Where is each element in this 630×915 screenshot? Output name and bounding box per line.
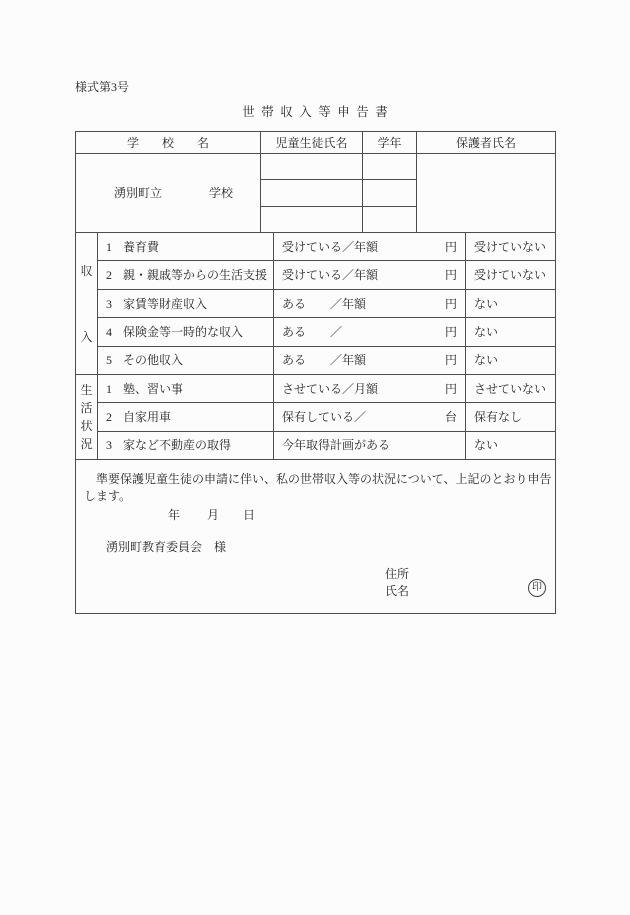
table-row: 2 自家用車 保有している／ 台 保有なし — [98, 402, 555, 430]
grade-column — [363, 154, 417, 232]
form-page: 様式第3号 世帯収入等申告書 学校名 児童生徒氏名 学年 保護者氏名 湧別町立 … — [0, 0, 630, 915]
life-yes-option: 保有している／ — [282, 411, 366, 423]
declaration-section: 準要保護児童生徒の申請に伴い、私の世帯収入等の状況について、上記のとおり申告しま… — [76, 459, 555, 613]
table-header-row: 学校名 児童生徒氏名 学年 保護者氏名 — [76, 132, 555, 153]
table-row: 2 親・親戚等からの生活支援 受けている／年額 円 受けていない — [98, 260, 555, 288]
school-name-suffix: 学校 — [209, 187, 233, 199]
living-status-rows: 1 塾、習い事 させている／月額 円 させていない 2 自家用車 — [98, 375, 555, 459]
life-yes-option: 今年取得計画がある — [282, 439, 390, 451]
income-amount-cell: ある ／年額 円 — [274, 290, 466, 317]
row-number: 1 — [106, 383, 123, 395]
row-number: 2 — [106, 411, 123, 423]
income-yes-option: 受けている／年額 — [282, 269, 378, 281]
declaration-form-table: 学校名 児童生徒氏名 学年 保護者氏名 湧別町立 学校 — [75, 131, 556, 614]
income-yes-option: 受けている／年額 — [282, 241, 378, 253]
income-item-label: 親・親戚等からの生活支援 — [123, 269, 267, 281]
table-row: 1 養育費 受けている／年額 円 受けていない — [98, 233, 555, 260]
header-guardian-name: 保護者氏名 — [417, 132, 555, 153]
income-item-label: 養育費 — [123, 241, 159, 253]
unit-label: 円 — [445, 269, 457, 281]
school-name-prefix: 湧別町立 — [114, 187, 162, 199]
income-amount-cell: 受けている／年額 円 — [274, 233, 466, 260]
student-name-cell — [261, 206, 362, 232]
date-month-label: 月 — [207, 508, 219, 522]
date-year-label: 年 — [168, 508, 180, 522]
guardian-name-cell — [417, 154, 555, 232]
income-yes-option: ある ／年額 — [282, 298, 366, 310]
row-number: 5 — [106, 354, 123, 366]
life-amount-cell: させている／月額 円 — [274, 375, 466, 402]
income-no-option: ない — [466, 290, 555, 317]
income-item-label: 保険金等一時的な収入 — [123, 326, 243, 338]
unit-label: 円 — [445, 383, 457, 395]
table-row: 3 家など不動産の取得 今年取得計画がある ない — [98, 431, 555, 459]
living-status-section: 生 活 状 況 1 塾、習い事 させている／月額 円 させていない — [76, 374, 555, 459]
declaration-text: 準要保護児童生徒の申請に伴い、私の世帯収入等の状況について、上記のとおり申告しま… — [84, 471, 552, 505]
life-amount-cell: 今年取得計画がある — [274, 432, 466, 459]
life-no-option: 保有なし — [466, 403, 555, 430]
unit-label: 円 — [445, 354, 457, 366]
date-day-label: 日 — [243, 508, 255, 522]
name-label: 氏名 — [385, 583, 409, 600]
table-row: 4 保険金等一時的な収入 ある ／ 円 ない — [98, 317, 555, 345]
header-student-name: 児童生徒氏名 — [261, 132, 363, 153]
header-school-name: 学校名 — [76, 132, 261, 153]
income-item-label: 家賃等財産収入 — [123, 298, 207, 310]
page-title: 世帯収入等申告書 — [0, 106, 630, 119]
row-number: 1 — [106, 241, 123, 253]
income-section: 収 入 1 養育費 受けている／年額 円 受けていない — [76, 232, 555, 374]
form-number: 様式第3号 — [75, 81, 129, 93]
income-rows: 1 養育費 受けている／年額 円 受けていない 2 親・親戚等からの生活支援 — [98, 233, 555, 374]
row-number: 3 — [106, 439, 123, 451]
income-amount-cell: ある ／ 円 — [274, 318, 466, 345]
income-item-label: その他収入 — [123, 354, 183, 366]
student-name-cell — [261, 179, 362, 205]
living-status-section-label: 生 活 状 況 — [76, 375, 98, 459]
unit-label: 円 — [445, 298, 457, 310]
unit-label: 台 — [445, 411, 457, 423]
header-grade: 学年 — [363, 132, 417, 153]
income-no-option: ない — [466, 318, 555, 345]
school-name-cell: 湧別町立 学校 — [76, 154, 261, 232]
life-yes-option: させている／月額 — [282, 383, 378, 395]
row-number: 2 — [106, 269, 123, 281]
unit-label: 円 — [445, 241, 457, 253]
addressee: 湧別町教育委員会 様 — [84, 539, 547, 556]
table-row: 5 その他収入 ある ／年額 円 ない — [98, 346, 555, 374]
income-yes-option: ある ／年額 — [282, 354, 366, 366]
seal-mark-icon: 印 — [528, 579, 546, 597]
life-amount-cell: 保有している／ 台 — [274, 403, 466, 430]
signature-block: 住所 氏名 — [385, 566, 409, 600]
income-no-option: 受けていない — [466, 261, 555, 288]
income-yes-option: ある ／ — [282, 326, 342, 338]
table-row: 1 塾、習い事 させている／月額 円 させていない — [98, 375, 555, 402]
row-number: 4 — [106, 326, 123, 338]
table-row: 3 家賃等財産収入 ある ／年額 円 ない — [98, 289, 555, 317]
student-name-cell — [261, 154, 362, 179]
income-no-option: 受けていない — [466, 233, 555, 260]
address-label: 住所 — [385, 566, 409, 583]
income-section-label: 収 入 — [76, 233, 98, 374]
life-no-option: ない — [466, 432, 555, 459]
income-no-option: ない — [466, 347, 555, 374]
grade-cell — [363, 206, 416, 232]
life-item-label: 家など不動産の取得 — [123, 439, 231, 451]
life-item-label: 自家用車 — [123, 411, 171, 423]
grade-cell — [363, 154, 416, 179]
student-name-column — [261, 154, 363, 232]
grade-cell — [363, 179, 416, 205]
date-line: 年月日 — [84, 507, 547, 524]
income-amount-cell: 受けている／年額 円 — [274, 261, 466, 288]
unit-label: 円 — [445, 326, 457, 338]
row-number: 3 — [106, 298, 123, 310]
life-no-option: させていない — [466, 375, 555, 402]
life-item-label: 塾、習い事 — [123, 383, 183, 395]
student-info-section: 湧別町立 学校 — [76, 153, 555, 232]
income-amount-cell: ある ／年額 円 — [274, 347, 466, 374]
